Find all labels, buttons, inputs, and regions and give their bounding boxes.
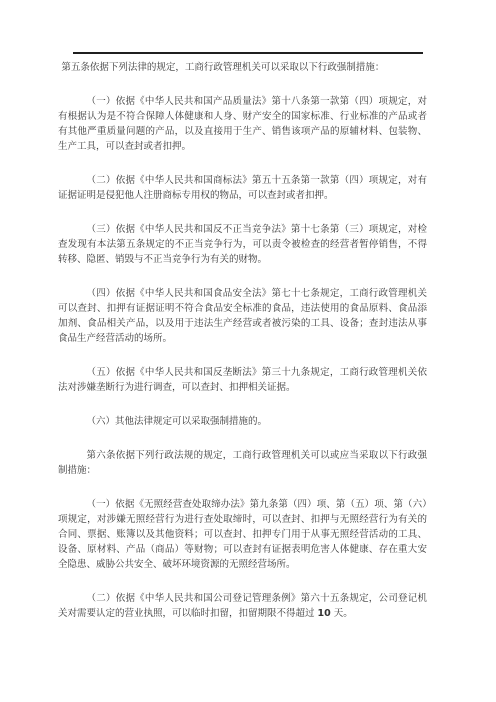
article6-item-2-text: （二）依据《中华人民共和国公司登记管理条例》第六十五条规定，公司登记机关对需要认… (58, 593, 427, 619)
article6-item-2: （二）依据《中华人民共和国公司登记管理条例》第六十五条规定，公司登记机关对需要认… (58, 591, 427, 621)
retention-days-number: 10 (318, 608, 331, 619)
article5-item-6: （六）其他法律规定可以采取强制措施的。 (58, 414, 427, 429)
article6-item-1: （一）依据《无照经营查处取缔办法》第九条第（四）项、第（五）项、第（六）项规定，… (58, 497, 427, 572)
document-page: 第五条依据下列法律的规定，工商行政管理机关可以采取以下行政强制措施： （一）依据… (0, 0, 496, 702)
article6-heading: 第六条依据下列行政法规的规定，工商行政管理机关可以或应当采取以下行政强制措施： (58, 448, 427, 478)
article5-item-2: （二）依据《中华人民共和国商标法》第五十五条第一款第（四）项规定，对有证据证明是… (58, 173, 427, 203)
article5-item-1: （一）依据《中华人民共和国产品质量法》第十八条第一款第（四）项规定，对有根据认为… (58, 94, 427, 154)
article5-item-4: （四）依据《中华人民共和国食品安全法》第七十七条规定，工商行政管理机关可以查封、… (58, 286, 427, 346)
header-divider-rule (73, 52, 423, 54)
article6-item-2-tail: 天。 (331, 608, 353, 619)
document-body: 第五条依据下列法律的规定，工商行政管理机关可以采取以下行政强制措施： （一）依据… (58, 60, 427, 640)
article5-heading: 第五条依据下列法律的规定，工商行政管理机关可以采取以下行政强制措施： (58, 60, 427, 75)
article5-item-5: （五）依据《中华人民共和国反垄断法》第三十九条规定，工商行政管理机关依法对涉嫌垄… (58, 365, 427, 395)
article5-item-3: （三）依据《中华人民共和国反不正当竞争法》第十七条第（三）项规定，对检查发现有本… (58, 222, 427, 267)
